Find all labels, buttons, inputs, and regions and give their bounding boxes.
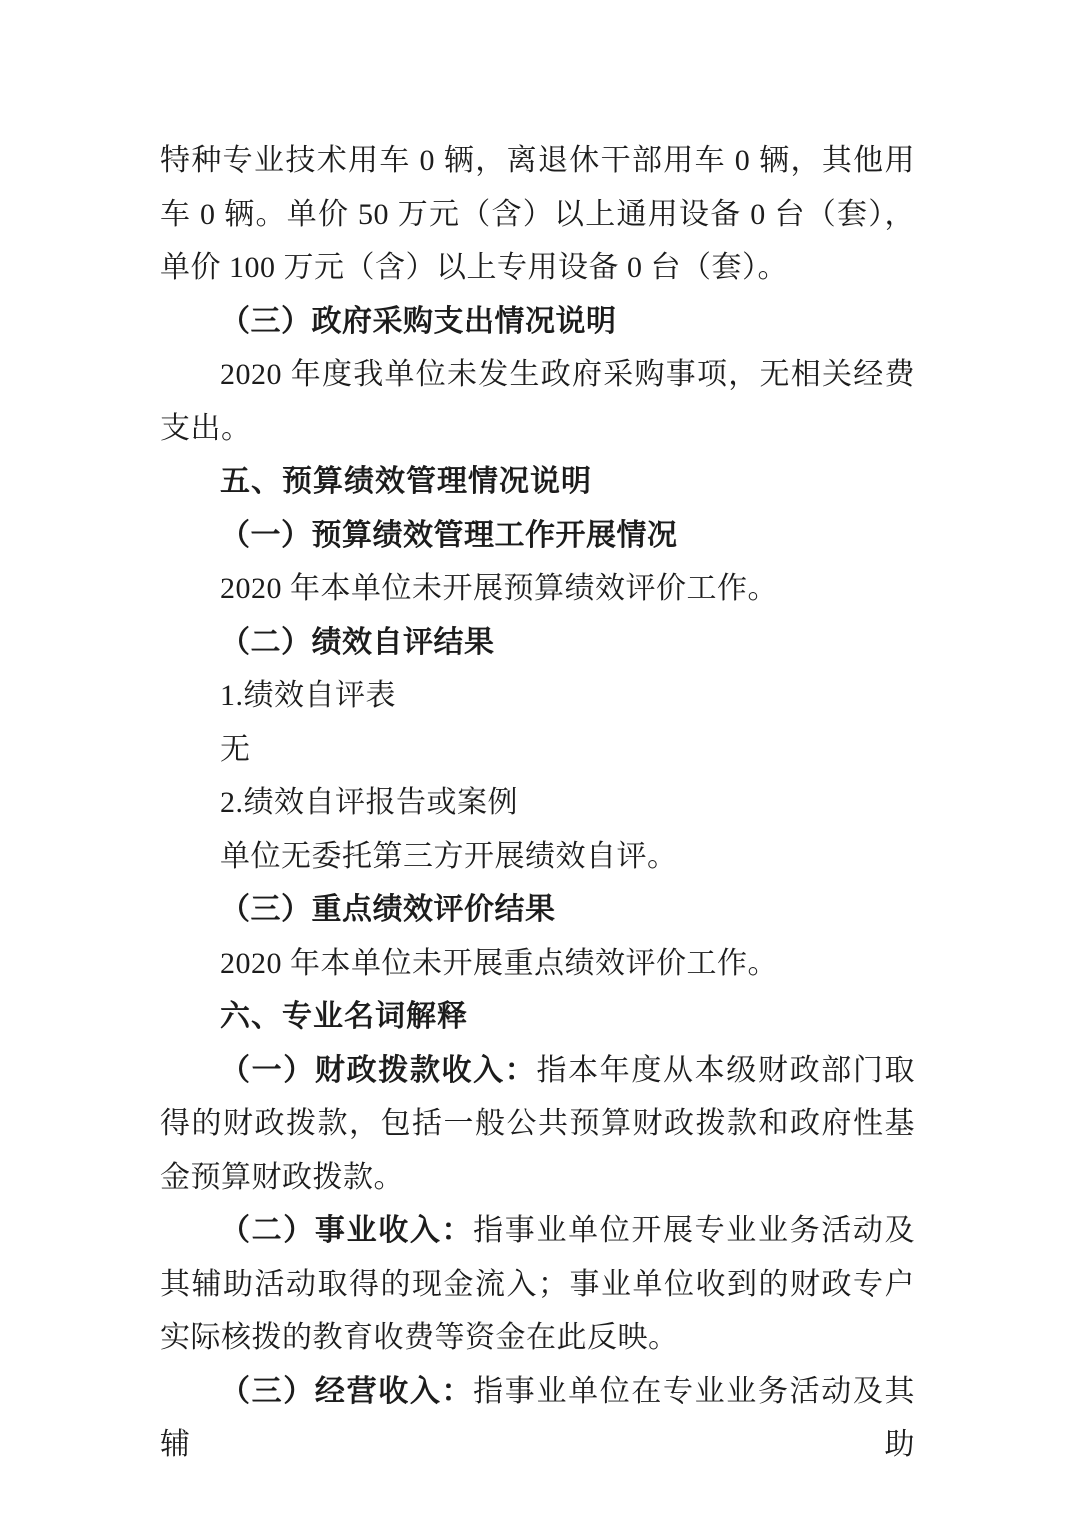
definition-fiscal-appropriation-income: （一）财政拨款收入：指本年度从本级财政部门取得的财政拨款，包括一般公共预算财政拨…	[160, 1044, 915, 1205]
paragraph-none: 无	[160, 723, 915, 777]
list-item-self-evaluation-table: 1.绩效自评表	[160, 669, 915, 723]
section-heading-budget-performance: 五、预算绩效管理情况说明	[160, 455, 915, 509]
definition-business-income: （二）事业收入：指事业单位开展专业业务活动及其辅助活动取得的现金流入；事业单位收…	[160, 1204, 915, 1365]
subheading-performance-work: （一）预算绩效管理工作开展情况	[160, 509, 915, 563]
document-page: 特种专业技术用车 0 辆，离退休干部用车 0 辆，其他用车 0 辆。单价 50 …	[0, 0, 1074, 1520]
paragraph-performance-work: 2020 年本单位未开展预算绩效评价工作。	[160, 562, 915, 616]
paragraph-self-evaluation-report: 单位无委托第三方开展绩效自评。	[160, 830, 915, 884]
subheading-key-performance-evaluation: （三）重点绩效评价结果	[160, 883, 915, 937]
definition-term-fiscal-appropriation: （一）财政拨款收入：	[220, 1054, 536, 1087]
subheading-gov-procurement: （三）政府采购支出情况说明	[160, 295, 915, 349]
paragraph-gov-procurement: 2020 年度我单位未发生政府采购事项，无相关经费支出。	[160, 348, 915, 455]
paragraph-equipment-summary: 特种专业技术用车 0 辆，离退休干部用车 0 辆，其他用车 0 辆。单价 50 …	[160, 134, 915, 295]
section-heading-terminology: 六、专业名词解释	[160, 990, 915, 1044]
definition-operating-income: （三）经营收入：指事业单位在专业业务活动及其辅助	[160, 1365, 915, 1472]
definition-term-business-income: （二）事业收入：	[220, 1214, 473, 1247]
list-item-self-evaluation-report: 2.绩效自评报告或案例	[160, 776, 915, 830]
paragraph-key-performance-evaluation: 2020 年本单位未开展重点绩效评价工作。	[160, 937, 915, 991]
subheading-self-evaluation-result: （二）绩效自评结果	[160, 616, 915, 670]
definition-term-operating-income: （三）经营收入：	[220, 1375, 473, 1408]
